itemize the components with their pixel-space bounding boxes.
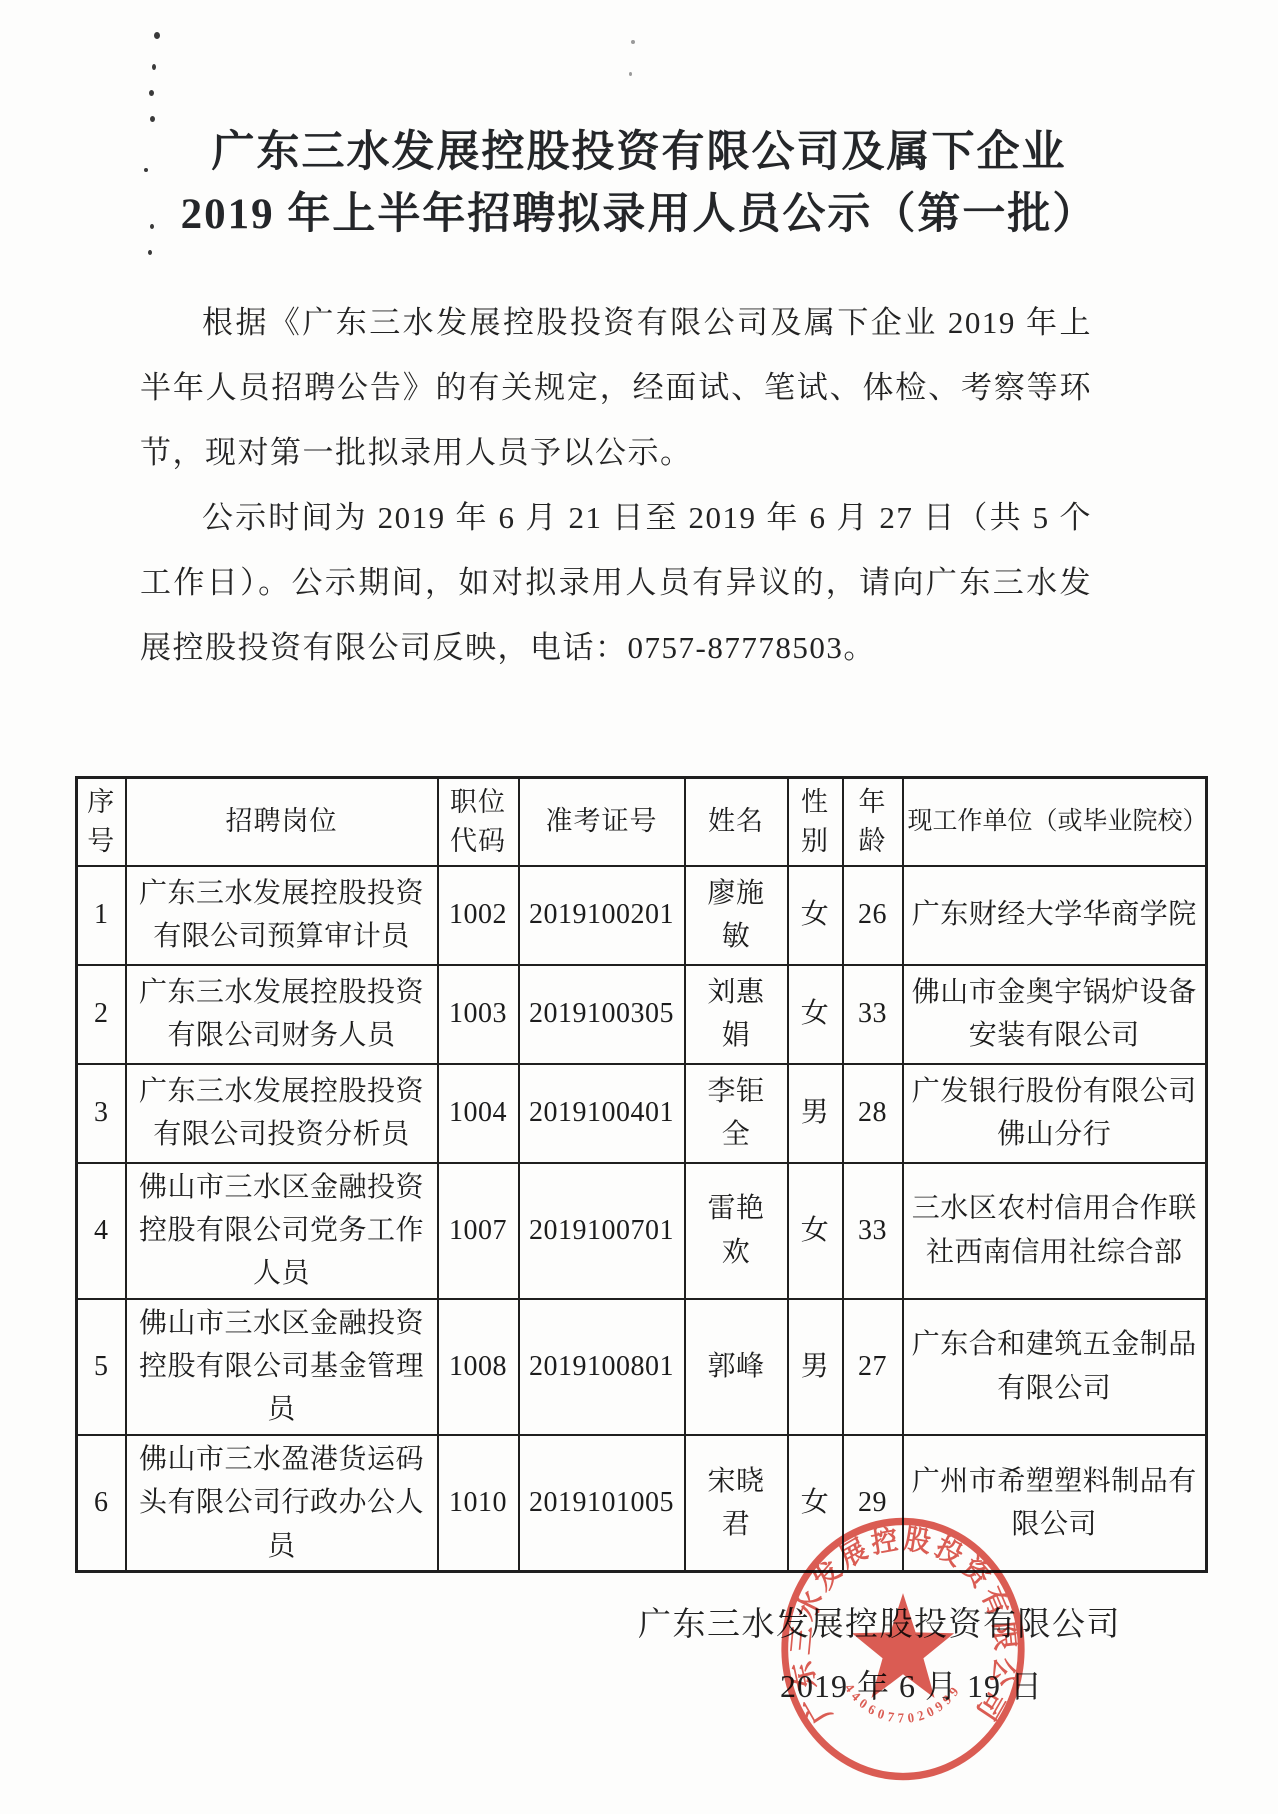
col-header-position: 招聘岗位 [126, 778, 438, 866]
scan-artifact-dot [149, 90, 154, 96]
table-row: 3广东三水发展控股投资有限公司投资分析员10042019100401李钜全男28… [77, 1064, 1207, 1163]
table-cell: 33 [843, 1163, 903, 1299]
scanned-document-page: 广东三水发展控股投资有限公司及属下企业 2019 年上半年招聘拟录用人员公示（第… [0, 0, 1278, 1814]
document-title-line1: 广东三水发展控股投资有限公司及属下企业 [212, 129, 1067, 176]
paragraph-intro: 根据《广东三水发展控股投资有限公司及属下企业 2019 年上半年人员招聘公告》的… [140, 290, 1092, 485]
scan-artifact-dot [150, 116, 155, 122]
table-header-row: 序号 招聘岗位 职位代码 准考证号 姓名 性别 年龄 现工作单位（或毕业院校） [77, 778, 1207, 866]
table-row: 5佛山市三水区金融投资控股有限公司基金管理员10082019100801郭峰男2… [77, 1299, 1207, 1435]
table-cell: 1003 [438, 965, 519, 1064]
table-cell: 广东合和建筑五金制品有限公司 [903, 1299, 1207, 1435]
table-cell: 广东三水发展控股投资有限公司投资分析员 [126, 1064, 438, 1163]
table-cell: 2019100201 [519, 866, 685, 965]
table-cell: 郭峰 [685, 1299, 788, 1435]
table-cell: 2019100801 [519, 1299, 685, 1435]
document-title: 广东三水发展控股投资有限公司及属下企业 2019 年上半年招聘拟录用人员公示（第… [0, 0, 1278, 246]
scan-artifact-dot [144, 168, 148, 172]
paragraph-publicity-period: 公示时间为 2019 年 6 月 21 日至 2019 年 6 月 27 日（共… [140, 485, 1092, 680]
table-cell: 广东三水发展控股投资有限公司预算审计员 [126, 866, 438, 965]
table-cell: 26 [843, 866, 903, 965]
table-cell: 三水区农村信用合作联社西南信用社综合部 [903, 1163, 1207, 1299]
table-cell: 宋晓君 [685, 1435, 788, 1572]
scan-artifact-dot [152, 64, 156, 70]
table-cell: 男 [788, 1299, 843, 1435]
table-cell: 广东三水发展控股投资有限公司财务人员 [126, 965, 438, 1064]
recruitment-candidates-table: 序号 招聘岗位 职位代码 准考证号 姓名 性别 年龄 现工作单位（或毕业院校） … [75, 776, 1208, 1573]
table-cell: 广州市希塑塑料制品有限公司 [903, 1435, 1207, 1572]
table-cell: 佛山市三水区金融投资控股有限公司基金管理员 [126, 1299, 438, 1435]
col-header-exam-number: 准考证号 [519, 778, 685, 866]
table-cell: 27 [843, 1299, 903, 1435]
table-cell: 1007 [438, 1163, 519, 1299]
table-cell: 29 [843, 1435, 903, 1572]
table-cell: 廖施敏 [685, 866, 788, 965]
col-header-index: 序号 [77, 778, 126, 866]
table-cell: 28 [843, 1064, 903, 1163]
table-cell: 刘惠娟 [685, 965, 788, 1064]
table-cell: 雷艳欢 [685, 1163, 788, 1299]
table-cell: 佛山市金奥宇锅炉设备安装有限公司 [903, 965, 1207, 1064]
table-cell: 女 [788, 1435, 843, 1572]
scan-artifact-dot [629, 72, 632, 76]
table-cell: 佛山市三水区金融投资控股有限公司党务工作人员 [126, 1163, 438, 1299]
scan-artifact-dot [150, 224, 154, 229]
table-cell: 佛山市三水盈港货运码头有限公司行政办公人员 [126, 1435, 438, 1572]
table-cell: 6 [77, 1435, 126, 1572]
col-header-age: 年龄 [843, 778, 903, 866]
table-cell: 1004 [438, 1064, 519, 1163]
table-cell: 广发银行股份有限公司佛山分行 [903, 1064, 1207, 1163]
col-header-position-code: 职位代码 [438, 778, 519, 866]
table-cell: 女 [788, 965, 843, 1064]
table-cell: 5 [77, 1299, 126, 1435]
table-cell: 1010 [438, 1435, 519, 1572]
table-cell: 广东财经大学华商学院 [903, 866, 1207, 965]
table-row: 2广东三水发展控股投资有限公司财务人员10032019100305刘惠娟女33佛… [77, 965, 1207, 1064]
table-cell: 3 [77, 1064, 126, 1163]
col-header-name: 姓名 [685, 778, 788, 866]
table-cell: 2019100401 [519, 1064, 685, 1163]
scan-artifact-dot [148, 250, 152, 255]
document-body: 根据《广东三水发展控股投资有限公司及属下企业 2019 年上半年人员招聘公告》的… [140, 290, 1092, 680]
table-cell: 1 [77, 866, 126, 965]
table-cell: 2 [77, 965, 126, 1064]
col-header-current-employer: 现工作单位（或毕业院校） [903, 778, 1207, 866]
document-title-line2: 2019 年上半年招聘拟录用人员公示（第一批） [181, 191, 1098, 238]
table-cell: 1008 [438, 1299, 519, 1435]
table-cell: 33 [843, 965, 903, 1064]
col-header-gender: 性别 [788, 778, 843, 866]
table-row: 6佛山市三水盈港货运码头有限公司行政办公人员10102019101005宋晓君女… [77, 1435, 1207, 1572]
table-cell: 李钜全 [685, 1064, 788, 1163]
scan-artifact-dot [631, 40, 635, 44]
table-cell: 2019100305 [519, 965, 685, 1064]
table-cell: 女 [788, 1163, 843, 1299]
signature-company: 广东三水发展控股投资有限公司 [638, 1598, 1121, 1645]
table-cell: 4 [77, 1163, 126, 1299]
table-row: 1广东三水发展控股投资有限公司预算审计员10022019100201廖施敏女26… [77, 866, 1207, 965]
table-cell: 1002 [438, 866, 519, 965]
scan-artifact-dot [154, 32, 160, 39]
table-cell: 2019100701 [519, 1163, 685, 1299]
table-cell: 男 [788, 1064, 843, 1163]
table-row: 4佛山市三水区金融投资控股有限公司党务工作人员10072019100701雷艳欢… [77, 1163, 1207, 1299]
table-cell: 女 [788, 866, 843, 965]
table-cell: 2019101005 [519, 1435, 685, 1572]
signature-date: 2019 年 6 月 19 日 [780, 1661, 1043, 1707]
